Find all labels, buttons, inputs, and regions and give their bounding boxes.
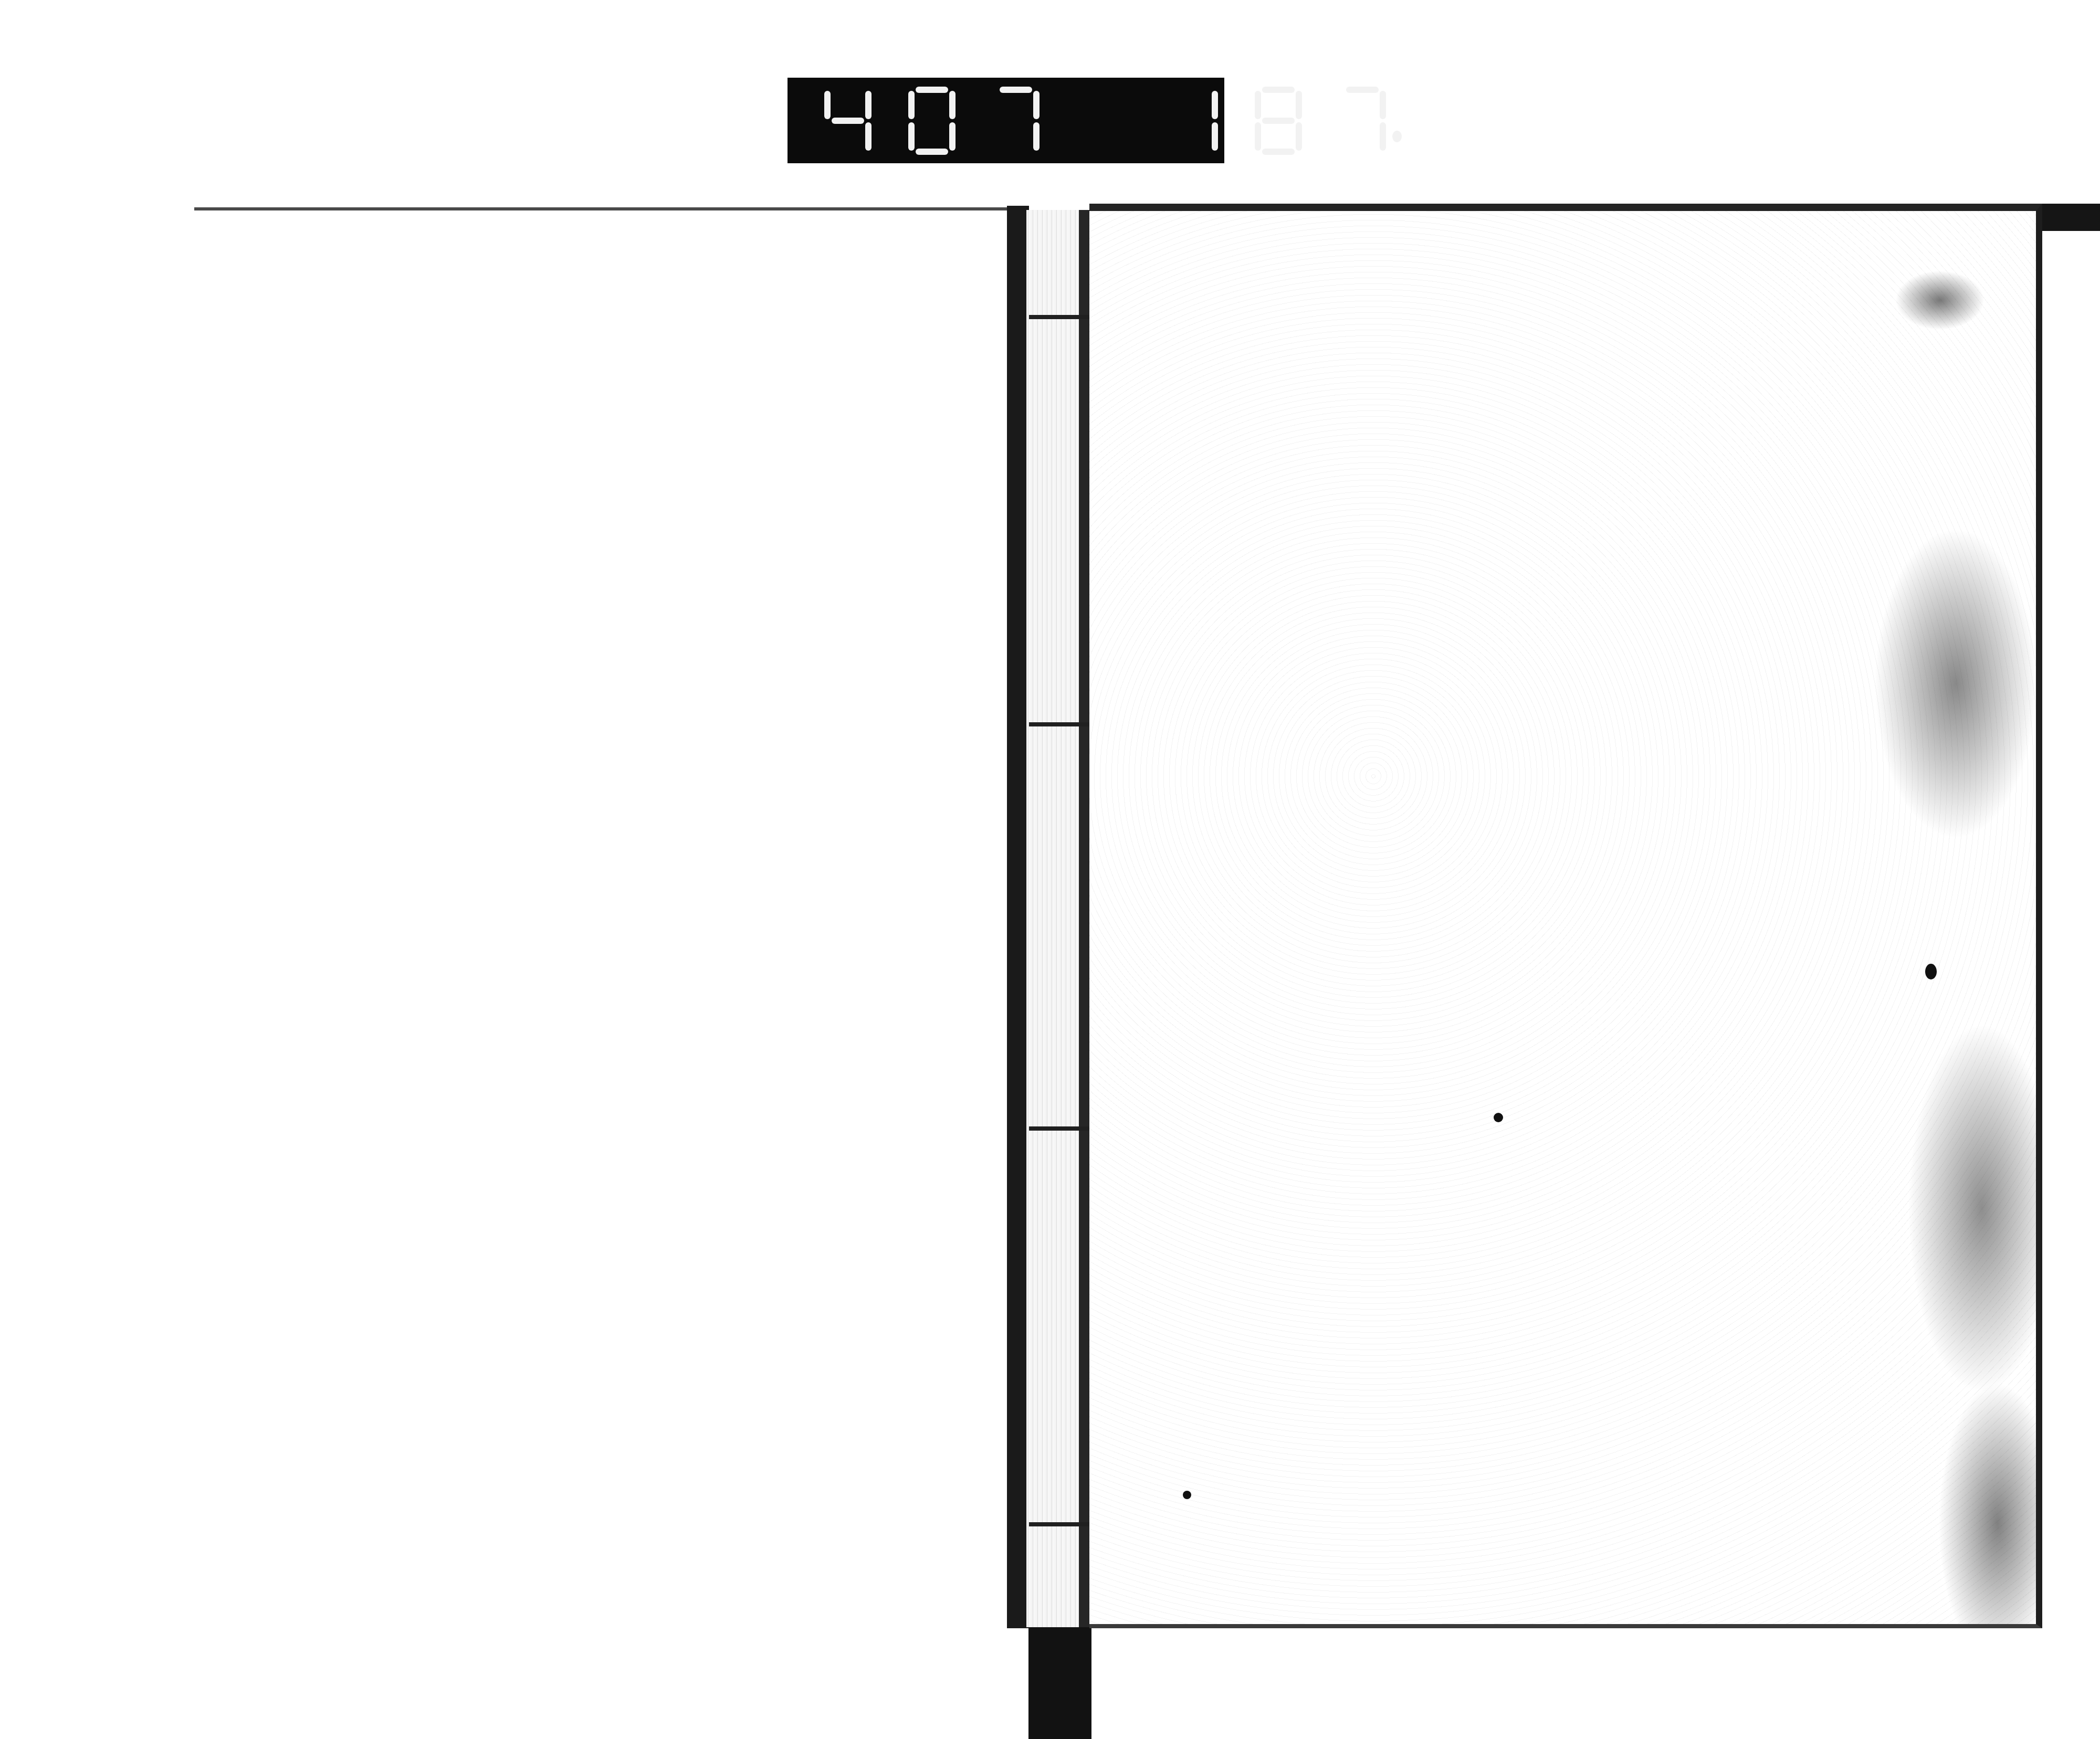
segment [1346, 87, 1379, 93]
segment [908, 122, 915, 151]
segment [908, 91, 915, 119]
book-spine [1026, 210, 1090, 1627]
segment [916, 87, 948, 93]
segment [1033, 91, 1039, 119]
segment [1255, 91, 1261, 119]
digit [1339, 87, 1386, 155]
book-spine-base [1028, 1627, 1091, 1739]
segment [1296, 122, 1302, 151]
book-cover [1089, 204, 2042, 1628]
digit [824, 87, 871, 155]
right-number [1171, 87, 1386, 155]
segment [1212, 122, 1218, 151]
spine-stitch-divider [1029, 1522, 1092, 1526]
decimal-point [1392, 131, 1402, 142]
cover-spot [1494, 1113, 1503, 1122]
digit [1255, 87, 1302, 155]
segment [949, 91, 955, 119]
segment [1262, 149, 1295, 155]
book-spine-edge [1007, 206, 1029, 1628]
segment [1296, 91, 1302, 119]
call-number-label: 407 187. [787, 78, 1224, 163]
segment [949, 122, 955, 151]
spine-stitch-divider [1029, 1126, 1092, 1131]
left-number [824, 87, 1039, 155]
digit [908, 87, 955, 155]
segment [865, 91, 871, 119]
segment [1255, 122, 1261, 151]
digit [1171, 87, 1218, 155]
segment [865, 122, 871, 151]
cover-spot [1183, 1491, 1191, 1499]
scan-table-edge [194, 207, 1013, 210]
cover-title [1089, 211, 1090, 212]
cover-spot [1925, 964, 1937, 979]
segment [916, 149, 948, 155]
segment [1380, 122, 1386, 151]
digit [992, 87, 1039, 155]
segment [1262, 118, 1295, 124]
segment [824, 91, 831, 119]
segment [1000, 87, 1032, 93]
segment [832, 118, 864, 124]
segment [1212, 91, 1218, 119]
segment [1033, 122, 1039, 151]
spine-stitch-divider [1029, 315, 1092, 319]
segment [1262, 87, 1295, 93]
spine-stitch-divider [1029, 722, 1092, 726]
segment [1380, 91, 1386, 119]
